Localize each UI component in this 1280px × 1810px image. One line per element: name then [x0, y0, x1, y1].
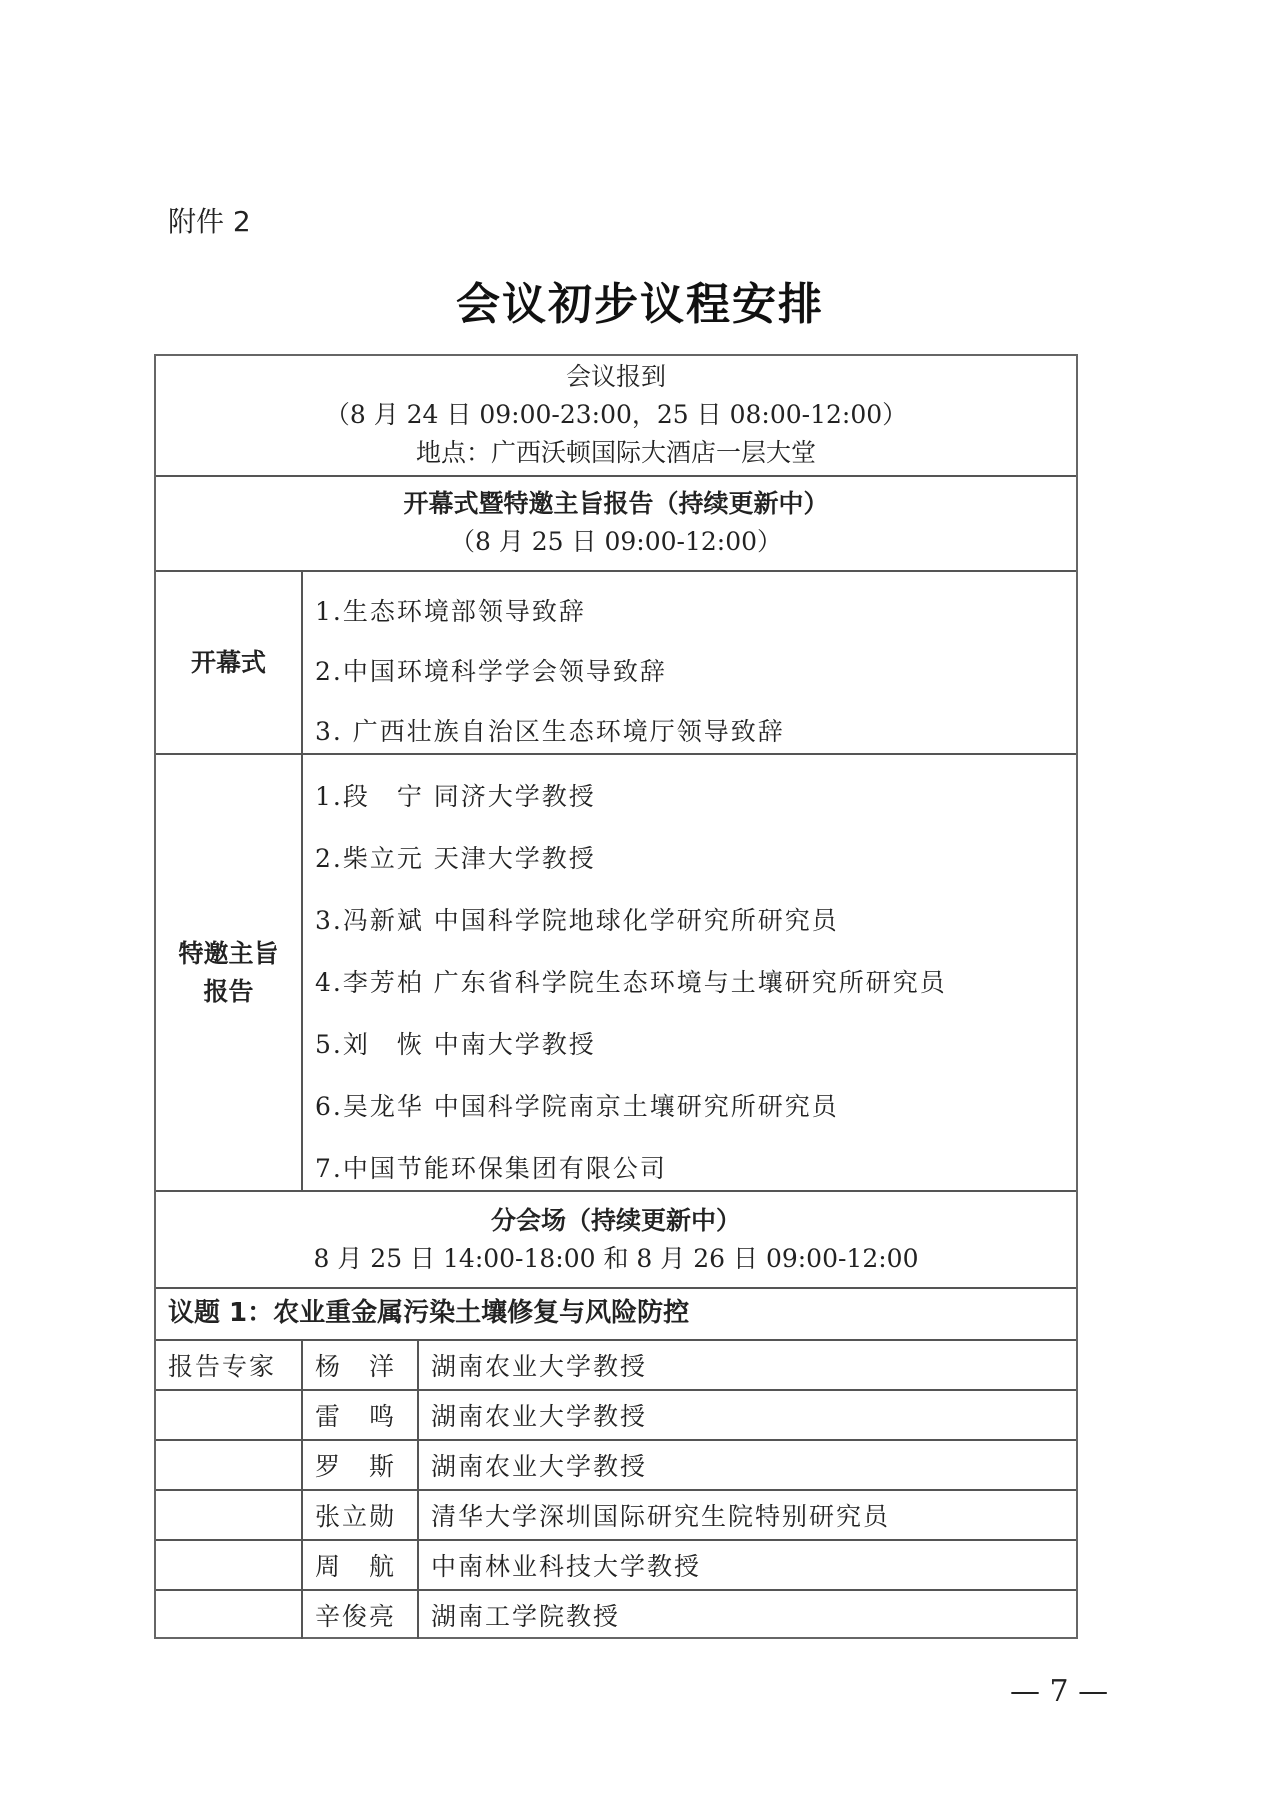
opening-session-row: 开幕式暨特邀主旨报告（持续更新中） （8 月 25 日 09:00-12:00）	[156, 477, 1076, 572]
page-title: 会议初步议程安排	[0, 268, 1280, 332]
agenda-table: 会议报到 （8 月 24 日 09:00-23:00，25 日 08:00-12…	[154, 354, 1078, 1639]
registration-location: 地点：广西沃顿国际大酒店一层大堂	[156, 434, 1076, 472]
keynote-row: 特邀主旨 报告 1.段 宁 同济大学教授 2.柴立元 天津大学教授 3.冯新斌 …	[156, 755, 1076, 1192]
opening-item: 2.中国环境科学学会领导致辞	[315, 652, 667, 688]
expert-row: 罗 斯 湖南农业大学教授	[156, 1441, 1076, 1491]
expert-row: 张立勋 清华大学深圳国际研究生院特别研究员	[156, 1491, 1076, 1541]
role-label-empty	[156, 1591, 303, 1639]
opening-label: 开幕式	[156, 572, 303, 753]
opening-row: 开幕式 1.生态环境部领导致辞 2.中国环境科学学会领导致辞 3. 广西壮族自治…	[156, 572, 1076, 755]
sessions-time: 8 月 25 日 14:00-18:00 和 8 月 26 日 09:00-12…	[156, 1240, 1076, 1278]
role-label-empty	[156, 1541, 303, 1589]
expert-name: 杨 洋	[303, 1341, 419, 1389]
opening-session-heading: 开幕式暨特邀主旨报告（持续更新中）	[156, 485, 1076, 523]
keynote-item: 7.中国节能环保集团有限公司	[315, 1149, 667, 1185]
opening-item: 1.生态环境部领导致辞	[315, 592, 586, 628]
role-label-empty	[156, 1441, 303, 1489]
keynote-item: 5.刘 恢 中南大学教授	[315, 1025, 596, 1061]
topic-1-title: 议题 1：农业重金属污染土壤修复与风险防控	[156, 1289, 1076, 1341]
role-label-empty	[156, 1391, 303, 1439]
expert-name: 辛俊亮	[303, 1591, 419, 1639]
opening-items: 1.生态环境部领导致辞 2.中国环境科学学会领导致辞 3. 广西壮族自治区生态环…	[303, 572, 1076, 753]
keynote-item: 4.李芳柏 广东省科学院生态环境与土壤研究所研究员	[315, 963, 947, 999]
keynote-item: 6.吴龙华 中国科学院南京土壤研究所研究员	[315, 1087, 839, 1123]
role-label: 报告专家	[156, 1341, 303, 1389]
keynote-label: 特邀主旨 报告	[156, 755, 303, 1190]
expert-row: 报告专家 杨 洋 湖南农业大学教授	[156, 1341, 1076, 1391]
expert-affiliation: 中南林业科技大学教授	[419, 1541, 1076, 1589]
expert-name: 张立勋	[303, 1491, 419, 1539]
expert-name: 周 航	[303, 1541, 419, 1589]
expert-row: 周 航 中南林业科技大学教授	[156, 1541, 1076, 1591]
keynote-label-line2: 报告	[203, 973, 253, 1011]
expert-affiliation: 湖南农业大学教授	[419, 1441, 1076, 1489]
sessions-heading: 分会场（持续更新中）	[156, 1202, 1076, 1240]
opening-session-time: （8 月 25 日 09:00-12:00）	[156, 523, 1076, 561]
keynote-item: 1.段 宁 同济大学教授	[315, 777, 596, 813]
expert-affiliation: 清华大学深圳国际研究生院特别研究员	[419, 1491, 1076, 1539]
opening-item: 3. 广西壮族自治区生态环境厅领导致辞	[315, 712, 785, 748]
expert-name: 雷 鸣	[303, 1391, 419, 1439]
keynote-item: 3.冯新斌 中国科学院地球化学研究所研究员	[315, 901, 839, 937]
expert-row: 雷 鸣 湖南农业大学教授	[156, 1391, 1076, 1441]
registration-heading: 会议报到	[156, 358, 1076, 396]
registration-row: 会议报到 （8 月 24 日 09:00-23:00，25 日 08:00-12…	[156, 356, 1076, 477]
expert-name: 罗 斯	[303, 1441, 419, 1489]
expert-affiliation: 湖南工学院教授	[419, 1591, 1076, 1639]
role-label-empty	[156, 1491, 303, 1539]
keynote-label-line1: 特邀主旨	[178, 935, 278, 973]
sessions-row: 分会场（持续更新中） 8 月 25 日 14:00-18:00 和 8 月 26…	[156, 1192, 1076, 1289]
page-number: — 7 —	[1010, 1674, 1108, 1709]
expert-affiliation: 湖南农业大学教授	[419, 1391, 1076, 1439]
expert-row: 辛俊亮 湖南工学院教授	[156, 1591, 1076, 1639]
keynote-items: 1.段 宁 同济大学教授 2.柴立元 天津大学教授 3.冯新斌 中国科学院地球化…	[303, 755, 1076, 1190]
attachment-label: 附件 2	[168, 200, 251, 240]
registration-time: （8 月 24 日 09:00-23:00，25 日 08:00-12:00）	[156, 396, 1076, 434]
keynote-item: 2.柴立元 天津大学教授	[315, 839, 596, 875]
expert-affiliation: 湖南农业大学教授	[419, 1341, 1076, 1389]
